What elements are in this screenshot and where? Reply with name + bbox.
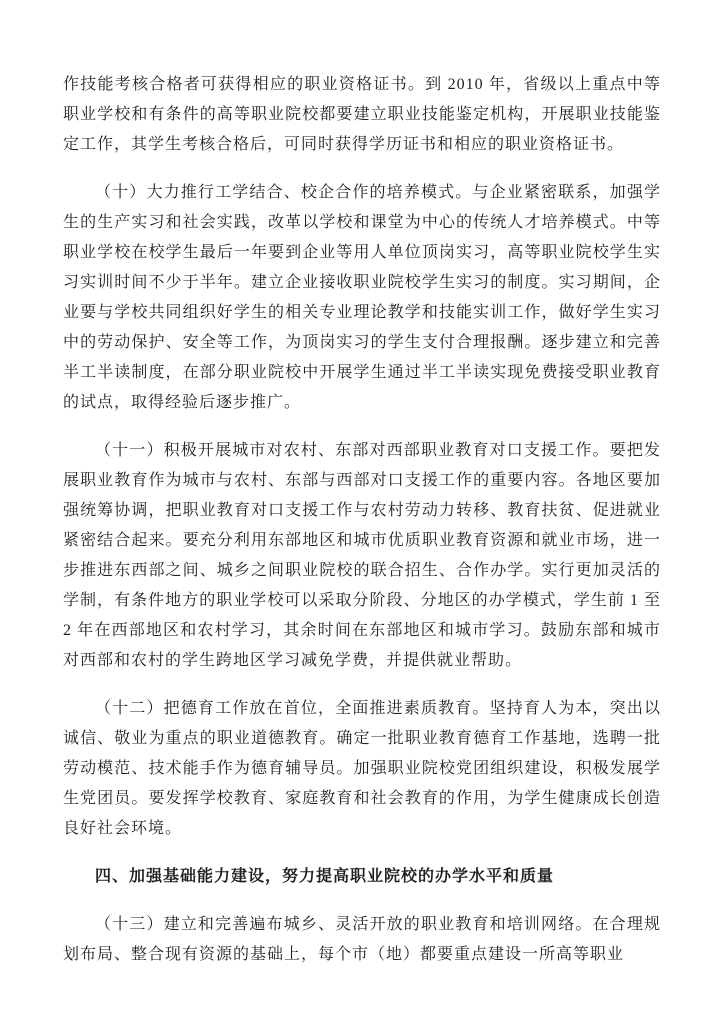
paragraph-continuation: 作技能考核合格者可获得相应的职业资格证书。到 2010 年，省级以上重点中等职业…	[63, 70, 661, 160]
paragraph-item-13: （十三）建立和完善遍布城乡、灵活开放的职业教育和培训网络。在合理规划布局、整合现…	[63, 910, 661, 970]
paragraph-item-12: （十二）把德育工作放在首位，全面推进素质教育。坚持育人为本，突出以诚信、敬业为重…	[63, 694, 661, 844]
section-heading-4: 四、加强基础能力建设，努力提高职业院校的办学水平和质量	[63, 862, 661, 892]
paragraph-item-10: （十）大力推行工学结合、校企合作的培养模式。与企业紧密联系，加强学生的生产实习和…	[63, 178, 661, 418]
document-page: 作技能考核合格者可获得相应的职业资格证书。到 2010 年，省级以上重点中等职业…	[0, 0, 723, 1024]
paragraph-item-11: （十一）积极开展城市对农村、东部对西部职业教育对口支援工作。要把发展职业教育作为…	[63, 436, 661, 676]
